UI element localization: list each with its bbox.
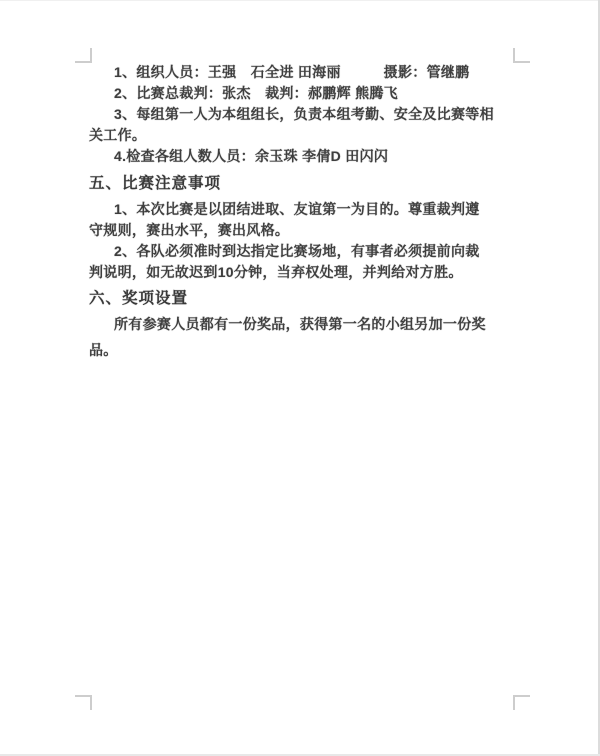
doc-line-organizers: 1、组织人员：王强 石全进 田海丽 摄影：管继鹏 — [89, 62, 517, 83]
section-heading-awards: 六、奖项设置 — [89, 287, 517, 311]
doc-line-awards-2: 品。 — [89, 337, 517, 363]
doc-line-awards: 所有参赛人员都有一份奖品，获得第一名的小组另加一份奖 — [89, 311, 517, 337]
crop-mark-top-right-icon — [513, 48, 530, 63]
doc-line-group-leader: 3、每组第一人为本组组长，负责本组考勤、安全及比赛等相 — [89, 104, 517, 125]
crop-mark-top-left-icon — [75, 48, 92, 63]
doc-line-headcount: 4.检查各组人数人员：余玉珠 李倩D 田闪闪 — [89, 146, 517, 167]
doc-line-note2-2: 判说明，如无故迟到10分钟，当弃权处理，并判给对方胜。 — [89, 262, 517, 283]
crop-mark-bottom-right-icon — [513, 695, 530, 710]
doc-line-note1: 1、本次比赛是以团结进取、友谊第一为目的。尊重裁判遵 — [89, 199, 517, 220]
doc-line-referees: 2、比赛总裁判：张杰 裁判：郝鹏辉 熊腾飞 — [89, 83, 517, 104]
document-page: 1、组织人员：王强 石全进 田海丽 摄影：管继鹏 2、比赛总裁判：张杰 裁判：郝… — [0, 0, 600, 756]
crop-mark-bottom-left-icon — [75, 695, 92, 710]
doc-line-note2: 2、各队必须准时到达指定比赛场地，有事者必须提前向裁 — [89, 241, 517, 262]
doc-line-note1-2: 守规则，赛出水平，赛出风格。 — [89, 220, 517, 241]
doc-line-group-leader-2: 关工作。 — [89, 125, 517, 146]
document-text-area[interactable]: 1、组织人员：王强 石全进 田海丽 摄影：管继鹏 2、比赛总裁判：张杰 裁判：郝… — [89, 62, 517, 363]
section-heading-notes: 五、比赛注意事项 — [89, 172, 517, 196]
page-edge-top — [0, 0, 600, 1]
